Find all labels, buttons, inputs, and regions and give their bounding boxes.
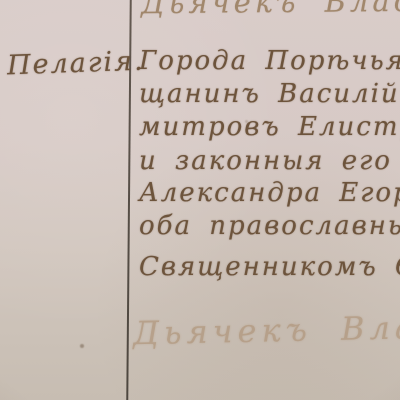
paper-speck bbox=[80, 344, 84, 348]
margin-name: Пелагія. bbox=[7, 46, 146, 82]
entry-line: оба православные. bbox=[139, 211, 400, 241]
paper-speck bbox=[245, 120, 248, 123]
entry-line: митровъ Елистратовъ bbox=[139, 112, 400, 142]
faded-signature-line: Дьячекъ Влад bbox=[133, 308, 400, 353]
top-clipped-line: Дьячекъ Влади bbox=[141, 0, 400, 20]
entry-line: и законныя его жен bbox=[139, 146, 400, 176]
document-photo: Дьячекъ Влади Пелагія. Города Порѣчья мѣ… bbox=[0, 0, 400, 400]
entry-line: Александра Егорова bbox=[139, 178, 400, 208]
officiant-line: Священникомъ Ѳеодо bbox=[139, 252, 400, 282]
entry-line: щанинъ Василій Д bbox=[139, 79, 400, 109]
entry-line: Города Порѣчья мѣ bbox=[139, 46, 400, 76]
